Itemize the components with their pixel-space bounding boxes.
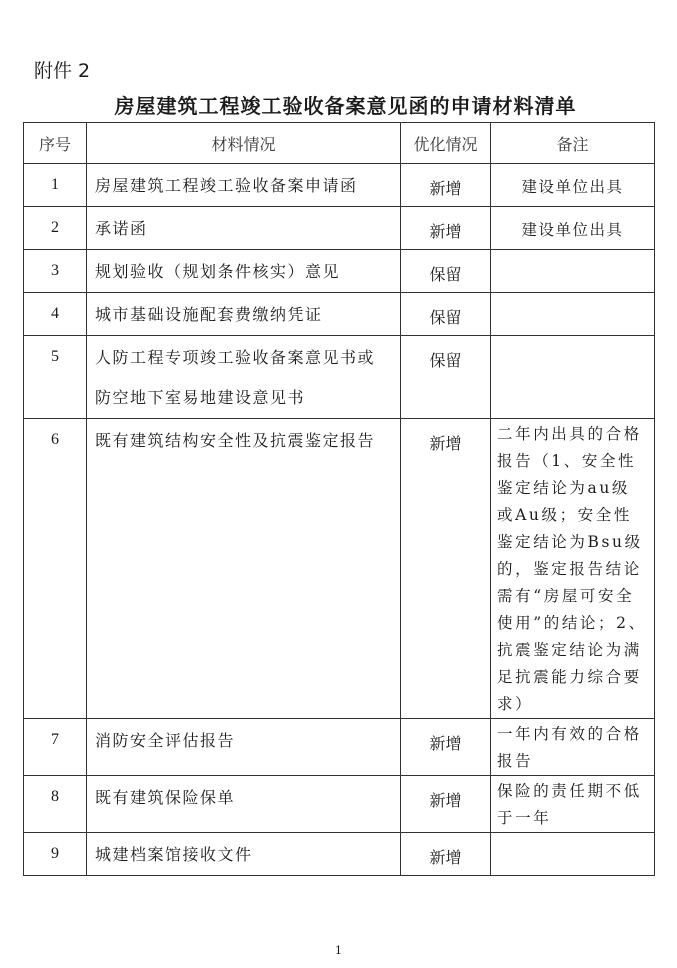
row-material: 承诺函 [87,207,401,250]
row-note: 建设单位出具 [491,164,655,207]
row-material: 规划验收（规划条件核实）意见 [87,250,401,293]
row-no: 2 [24,207,87,250]
table-row: 5 人防工程专项竣工验收备案意见书或防空地下室易地建设意见书 保留 [24,336,655,419]
document-title: 房屋建筑工程竣工验收备案意见函的申请材料清单 [0,90,677,119]
row-material: 既有建筑结构安全性及抗震鉴定报告 [87,419,401,719]
table-row: 9 城建档案馆接收文件 新增 [24,833,655,876]
row-status: 保留 [401,293,491,336]
header-status: 优化情况 [401,123,491,164]
row-note [491,336,655,419]
header-note: 备注 [491,123,655,164]
row-material: 城建档案馆接收文件 [87,833,401,876]
row-no: 9 [24,833,87,876]
row-note: 建设单位出具 [491,207,655,250]
row-note [491,293,655,336]
row-material: 房屋建筑工程竣工验收备案申请函 [87,164,401,207]
row-no: 5 [24,336,87,419]
page-number: 1 [0,944,677,957]
row-no: 7 [24,719,87,776]
row-status: 新增 [401,833,491,876]
row-status: 新增 [401,719,491,776]
row-note: 一年内有效的合格报告 [491,719,655,776]
header-material: 材料情况 [87,123,401,164]
row-note: 二年内出具的合格报告（1、安全性鉴定结论为au级或Au级；安全性鉴定结论为Bsu… [491,419,655,719]
row-note: 保险的责任期不低于一年 [491,776,655,833]
materials-table: 序号 材料情况 优化情况 备注 1 房屋建筑工程竣工验收备案申请函 新增 建设单… [23,122,655,876]
table-row: 3 规划验收（规划条件核实）意见 保留 [24,250,655,293]
row-no: 3 [24,250,87,293]
row-no: 8 [24,776,87,833]
attachment-label: 附件 2 [34,56,90,83]
row-status: 新增 [401,419,491,719]
row-material: 人防工程专项竣工验收备案意见书或防空地下室易地建设意见书 [87,336,401,419]
table-row: 8 既有建筑保险保单 新增 保险的责任期不低于一年 [24,776,655,833]
row-note [491,833,655,876]
row-no: 6 [24,419,87,719]
row-status: 保留 [401,336,491,419]
table-row: 2 承诺函 新增 建设单位出具 [24,207,655,250]
row-note [491,250,655,293]
row-status: 新增 [401,164,491,207]
row-no: 1 [24,164,87,207]
row-status: 新增 [401,207,491,250]
row-material: 消防安全评估报告 [87,719,401,776]
header-no: 序号 [24,123,87,164]
row-status: 保留 [401,250,491,293]
table-row: 7 消防安全评估报告 新增 一年内有效的合格报告 [24,719,655,776]
row-material: 既有建筑保险保单 [87,776,401,833]
row-status: 新增 [401,776,491,833]
table-row: 4 城市基础设施配套费缴纳凭证 保留 [24,293,655,336]
row-material: 城市基础设施配套费缴纳凭证 [87,293,401,336]
table-row: 1 房屋建筑工程竣工验收备案申请函 新增 建设单位出具 [24,164,655,207]
table-row: 6 既有建筑结构安全性及抗震鉴定报告 新增 二年内出具的合格报告（1、安全性鉴定… [24,419,655,719]
row-no: 4 [24,293,87,336]
table-header-row: 序号 材料情况 优化情况 备注 [24,123,655,164]
